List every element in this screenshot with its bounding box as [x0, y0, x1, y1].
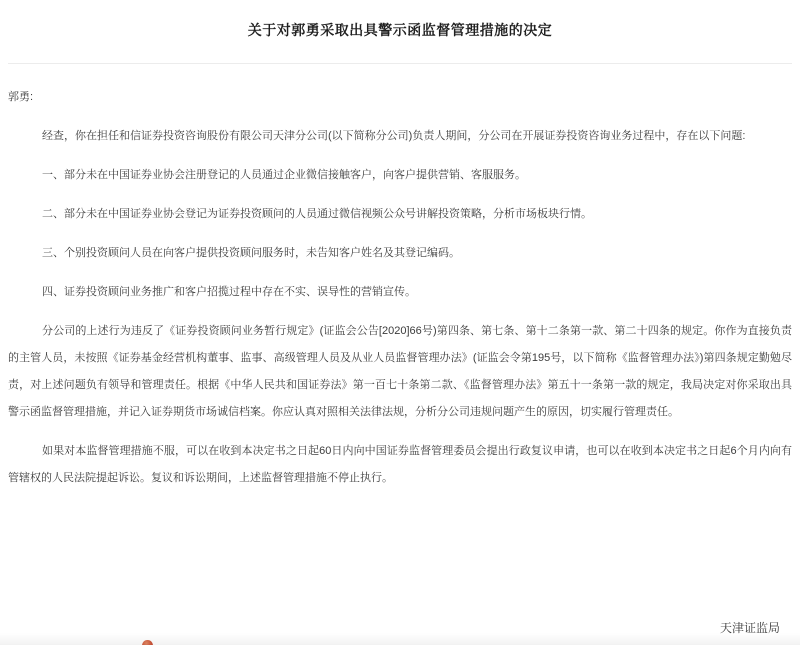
- page-title: 关于对郭勇采取出具警示函监督管理措施的决定: [8, 24, 792, 39]
- salutation: 郭勇:: [8, 84, 792, 111]
- paragraph-finding-4: 四、证券投资顾问业务推广和客户招揽过程中存在不实、误导性的营销宣传。: [8, 279, 792, 306]
- paragraph-finding-3: 三、个别投资顾问人员在向客户提供投资顾问服务时，未告知客户姓名及其登记编码。: [8, 240, 792, 267]
- paragraph-intro: 经查，你在担任和信证券投资咨询股份有限公司天津分公司(以下简称分公司)负责人期间…: [8, 123, 792, 150]
- paragraph-appeal: 如果对本监督管理措施不服，可以在收到本决定书之日起60日内向中国证券监督管理委员…: [8, 438, 792, 492]
- paragraph-finding-2: 二、部分未在中国证券业协会登记为证券投资顾问的人员通过微信视频公众号讲解投资策略…: [8, 201, 792, 228]
- title-divider: [8, 63, 792, 64]
- seal-fragment-icon: [142, 640, 153, 645]
- document-body: 郭勇: 经查，你在担任和信证券投资咨询股份有限公司天津分公司(以下简称分公司)负…: [8, 84, 792, 492]
- signature-authority: 天津证监局: [720, 620, 780, 636]
- bottom-fade: [0, 633, 800, 645]
- paragraph-legal-basis: 分公司的上述行为违反了《证券投资顾问业务暂行规定》(证监会公告[2020]66号…: [8, 318, 792, 426]
- paragraph-finding-1: 一、部分未在中国证券业协会注册登记的人员通过企业微信接触客户，向客户提供营销、客…: [8, 162, 792, 189]
- document-page: 关于对郭勇采取出具警示函监督管理措施的决定 郭勇: 经查，你在担任和信证券投资咨…: [0, 24, 800, 492]
